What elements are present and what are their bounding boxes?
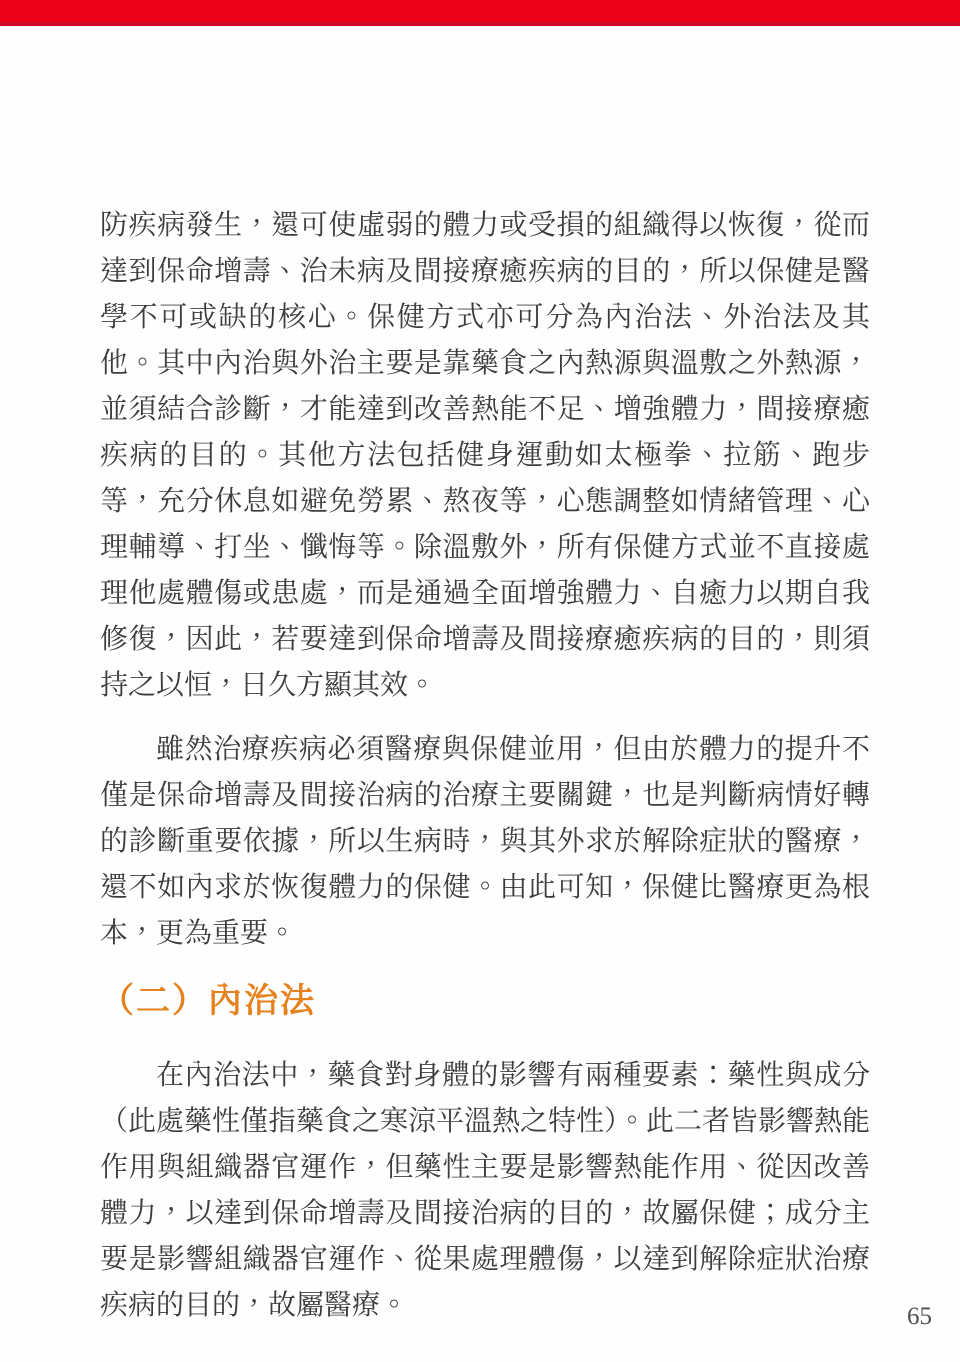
page-content: 防疾病發生，還可使虛弱的體力或受損的組織得以恢復，從而達到保命增壽、治未病及間接…: [100, 202, 870, 1328]
body-paragraph-1: 防疾病發生，還可使虛弱的體力或受損的組織得以恢復，從而達到保命增壽、治未病及間接…: [100, 202, 870, 708]
book-page: 防疾病發生，還可使虛弱的體力或受損的組織得以恢復，從而達到保命增壽、治未病及間接…: [0, 0, 960, 1362]
section-heading: （二）內治法: [100, 982, 870, 1022]
body-paragraph-2: 雖然治療疾病必須醫療與保健並用，但由於體力的提升不僅是保命增壽及間接治病的治療主…: [100, 726, 870, 956]
body-paragraph-3: 在內治法中，藥食對身體的影響有兩種要素：藥性與成分（此處藥性僅指藥食之寒涼平溫熱…: [100, 1052, 870, 1328]
top-red-bar: [0, 0, 960, 26]
page-number: 65: [907, 1304, 932, 1330]
